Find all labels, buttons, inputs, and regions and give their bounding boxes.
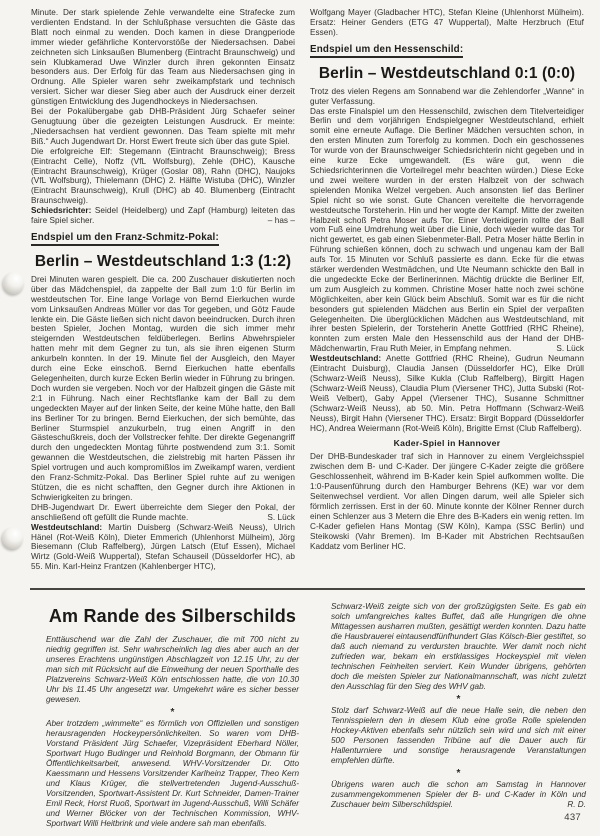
feature-paragraph: Stolz darf Schwarz-Weiß auf die neue Hal… xyxy=(331,706,586,766)
asterisk-divider: * xyxy=(331,695,586,704)
page-number: 437 xyxy=(564,812,581,823)
bottom-left-column: Am Rande des Silberschilds Enttäuschend … xyxy=(46,602,299,829)
report-text: Das erste Finalspiel um den Hessenschild… xyxy=(310,107,584,354)
author-initials: S. Lück xyxy=(550,344,584,354)
team-label: Westdeutschland: xyxy=(31,523,102,532)
section-kicker-hessenschild: Endspiel um den Hessenschild: xyxy=(310,44,463,58)
left-column: Minute. Der stark spielende Zehle verwan… xyxy=(31,8,295,572)
team-lineup-continued: Wolfgang Mayer (Gladbacher HTC), Stefan … xyxy=(310,8,584,38)
author-initials: S. Lück xyxy=(261,513,295,523)
feature-paragraph: Aber trotzdem „wimmelte“ es förmlich von… xyxy=(46,719,299,829)
feature-paragraph: Übrigens waren auch die schon am Samstag… xyxy=(331,780,586,810)
asterisk-divider: * xyxy=(331,769,586,778)
article-paragraph: DHB-Jugendwart Dr. Ewert überreichte dem… xyxy=(31,503,295,523)
author-initials: – has – xyxy=(262,216,295,226)
team-lineup: Westdeutschland: Martin Duisberg (Schwar… xyxy=(31,523,295,573)
hockey-ball-icon xyxy=(3,272,24,294)
top-section: Minute. Der stark spielende Zehle verwan… xyxy=(0,0,600,580)
team-lineup: Die erfolgreiche Elf: Stegemann (Eintrac… xyxy=(31,147,295,206)
match-report: Drei Minuten waren gespielt. Die ca. 200… xyxy=(31,275,295,503)
subsection-heading-kaderspiel: Kader-Spiel in Hannover xyxy=(310,438,584,448)
closing-text: Übrigens waren auch die schon am Samstag… xyxy=(331,780,586,809)
article-paragraph: Minute. Der stark spielende Zehle verwan… xyxy=(31,8,295,107)
section-divider-rule xyxy=(30,588,585,590)
referee-label: Schiedsrichter: xyxy=(31,206,91,215)
match-result-heading: Berlin – Westdeutschland 1:3 (1:2) xyxy=(31,253,295,271)
section-kicker-franz-schmitz: Endspiel um den Franz-Schmitz-Pokal: xyxy=(31,232,219,246)
bottom-feature-section: Am Rande des Silberschilds Enttäuschend … xyxy=(0,600,600,829)
bottom-right-column: Schwarz-Weiß zeigte sich von der großzüg… xyxy=(331,602,586,829)
feature-title: Am Rande des Silberschilds xyxy=(46,606,299,627)
hockey-ball-icon xyxy=(2,527,23,549)
right-column: Wolfgang Mayer (Gladbacher HTC), Stefan … xyxy=(310,8,584,572)
author-initials: R. D. xyxy=(561,800,586,810)
team-label: Westdeutschland: xyxy=(310,354,381,363)
asterisk-divider: * xyxy=(46,708,299,717)
referee-note: Schiedsrichter: Seidel (Heidelberg) und … xyxy=(31,206,295,226)
magazine-page: Minute. Der stark spielende Zehle verwan… xyxy=(0,0,600,836)
article-paragraph: Bei der Pokalübergabe gab DHB-Präsident … xyxy=(31,107,295,147)
closing-text: DHB-Jugendwart Dr. Ewert überreichte dem… xyxy=(31,503,295,522)
article-paragraph: Der DHB-Bundeskader traf sich in Hannove… xyxy=(310,452,584,551)
lineup-text: Anette Gottfried (RHC Rheine), Gudrun Ne… xyxy=(310,354,584,432)
article-paragraph: Trotz des vielen Regens am Sonnabend war… xyxy=(310,87,584,107)
match-report: Das erste Finalspiel um den Hessenschild… xyxy=(310,107,584,355)
team-lineup: Westdeutschland: Anette Gottfried (RHC R… xyxy=(310,354,584,433)
feature-paragraph: Schwarz-Weiß zeigte sich von der großzüg… xyxy=(331,602,586,692)
match-result-heading: Berlin – Westdeutschland 0:1 (0:0) xyxy=(310,65,584,83)
feature-paragraph: Enttäuschend war die Zahl der Zuschauer,… xyxy=(46,635,299,705)
